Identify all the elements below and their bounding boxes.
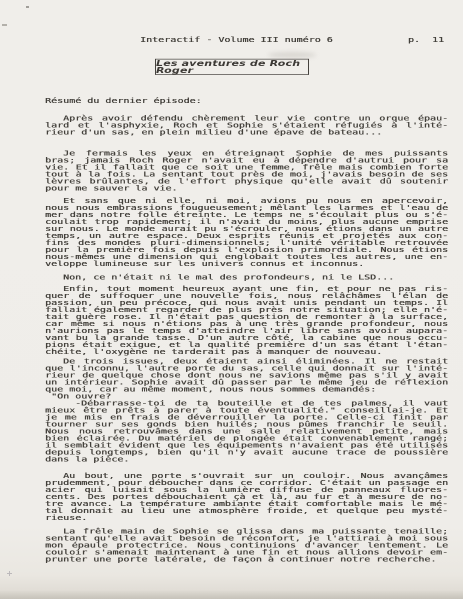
text-line: Non, ce n'était ni le mal des profondeur… (45, 274, 448, 281)
paragraph: Enfin, tout moment heureux ayant une fin… (45, 286, 448, 356)
paragraph: De trois issues, deux étaient ainsi élim… (45, 358, 448, 463)
page-number: p. 11 (408, 37, 444, 44)
paragraph: Je fermais les yeux en étreignant Sophie… (45, 151, 448, 193)
scanned-page: Interactif - Volume III numéro 6 p. 11 L… (0, 0, 463, 599)
paragraph: Au bout, une porte s'ouvrait sur un coul… (45, 473, 448, 522)
text-line: tal donnait au lieu une atmosphère froid… (45, 508, 448, 515)
text-line: prunter une porte latérale, de façon à c… (45, 557, 448, 564)
page-header: Interactif - Volume III numéro 6 p. 11 (45, 37, 448, 44)
journal-title: Interactif - Volume III numéro 6 (140, 37, 333, 44)
text-line: Résumé du dernier épisode: (45, 98, 448, 105)
text-line: rieur d'un sas, en plein milieu d'une ép… (45, 130, 448, 137)
scan-speck (26, 6, 29, 8)
text-line: dans la pièce. (45, 456, 448, 463)
body-text: Résumé du dernier épisode:Après avoir dé… (45, 98, 448, 564)
text-line: rieuse. (45, 515, 448, 522)
paragraph: Et sans que ni elle, ni moi, avions pu n… (45, 198, 448, 268)
text-line: chéite, l'oxygène ne tarderait pas à man… (45, 349, 448, 356)
paragraph: Non, ce n'était ni le mal des profondeur… (45, 274, 448, 281)
typewritten-content: Interactif - Volume III numéro 6 p. 11 L… (45, 0, 448, 564)
paragraph: Résumé du dernier épisode: (45, 98, 448, 105)
paragraph: La frêle main de Sophie se glissa dans m… (45, 529, 448, 564)
story-title-box: Les aventures de Roch Roger (155, 59, 309, 75)
scan-speck (2, 24, 7, 26)
scan-bottom-shadow (0, 590, 463, 599)
paragraph: Après avoir défendu chèrement leur vie c… (45, 116, 448, 137)
text-line: pour me sauver la vie. (45, 186, 448, 193)
scan-speck (7, 571, 12, 576)
text-line: veloppe lumineuse sur les univers connus… (45, 261, 448, 268)
story-title: Les aventures de Roch Roger (156, 60, 308, 74)
